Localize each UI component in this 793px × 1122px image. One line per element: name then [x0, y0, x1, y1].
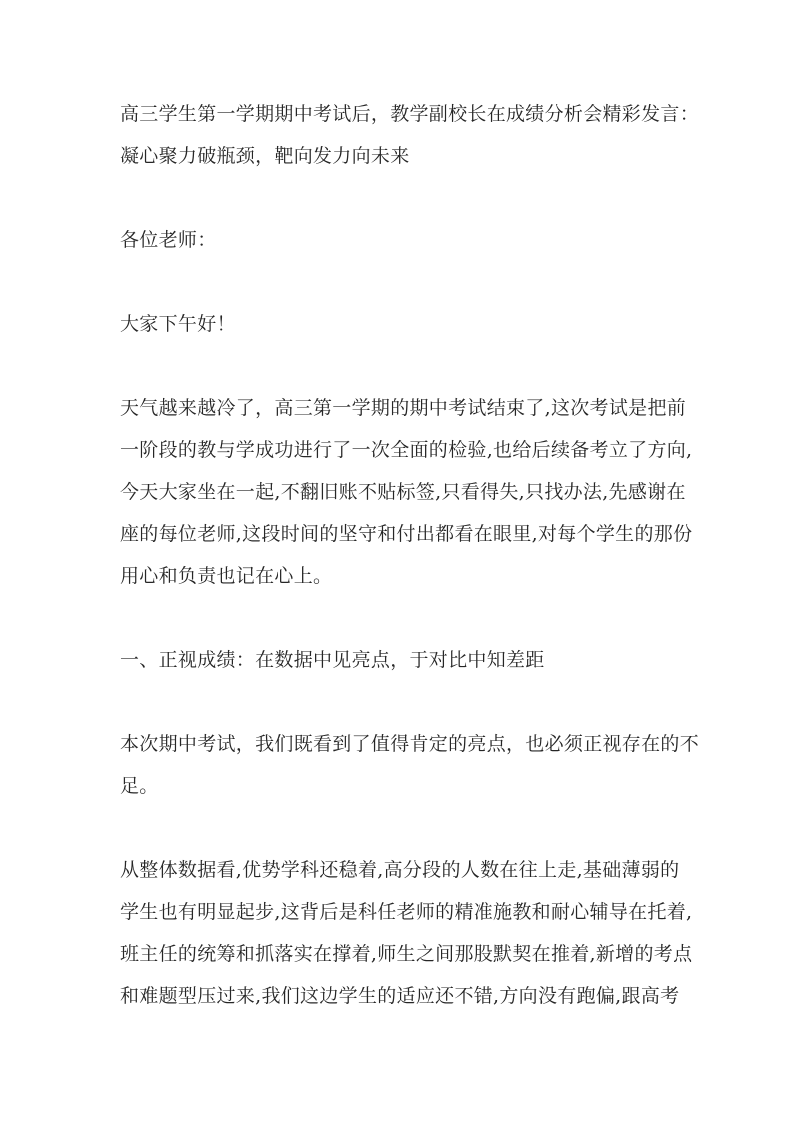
text-line: 从整体数据看,优势学科还稳着,高分段的人数在往上走,基础薄弱的	[120, 849, 680, 891]
document-content: 高三学生第一学期期中考试后，教学副校长在成绩分析会精彩发言：凝心聚力破瓶颈，靶向…	[120, 93, 680, 1017]
text-line: 一阶段的教与学成功进行了一次全面的检验,也给后续备考立了方向,	[120, 429, 680, 471]
paragraph: 天气越来越冷了，高三第一学期的期中考试结束了,这次考试是把前一阶段的教与学成功进…	[120, 387, 680, 597]
text-line: 用心和负责也记在心上。	[120, 555, 680, 597]
text-line: 天气越来越冷了，高三第一学期的期中考试结束了,这次考试是把前	[120, 387, 680, 429]
text-line: 高三学生第一学期期中考试后，教学副校长在成绩分析会精彩发言：	[120, 93, 680, 135]
salutation: 各位老师：	[120, 219, 680, 261]
text-line: 本次期中考试，我们既看到了值得肯定的亮点，也必须正视存在的不	[120, 723, 680, 765]
paragraph: 从整体数据看,优势学科还稳着,高分段的人数在往上走,基础薄弱的学生也有明显起步,…	[120, 849, 680, 1017]
text-line: 足。	[120, 765, 680, 807]
text-line: 凝心聚力破瓶颈，靶向发力向未来	[120, 135, 680, 177]
text-line: 班主任的统筹和抓落实在撑着,师生之间那股默契在推着,新增的考点	[120, 933, 680, 975]
title: 高三学生第一学期期中考试后，教学副校长在成绩分析会精彩发言：凝心聚力破瓶颈，靶向…	[120, 93, 680, 177]
text-line: 一、正视成绩：在数据中见亮点，于对比中知差距	[120, 639, 680, 681]
text-line: 和难题型压过来,我们这边学生的适应还不错,方向没有跑偏,跟高考	[120, 975, 680, 1017]
text-line: 座的每位老师,这段时间的坚守和付出都看在眼里,对每个学生的那份	[120, 513, 680, 555]
document-page: 高三学生第一学期期中考试后，教学副校长在成绩分析会精彩发言：凝心聚力破瓶颈，靶向…	[0, 0, 793, 1122]
text-line: 今天大家坐在一起,不翻旧账不贴标签,只看得失,只找办法,先感谢在	[120, 471, 680, 513]
text-line: 学生也有明显起步,这背后是科任老师的精准施教和耐心辅导在托着,	[120, 891, 680, 933]
heading: 一、正视成绩：在数据中见亮点，于对比中知差距	[120, 639, 680, 681]
text-line: 各位老师：	[120, 219, 680, 261]
text-line: 大家下午好！	[120, 303, 680, 345]
greeting: 大家下午好！	[120, 303, 680, 345]
paragraph: 本次期中考试，我们既看到了值得肯定的亮点，也必须正视存在的不足。	[120, 723, 680, 807]
